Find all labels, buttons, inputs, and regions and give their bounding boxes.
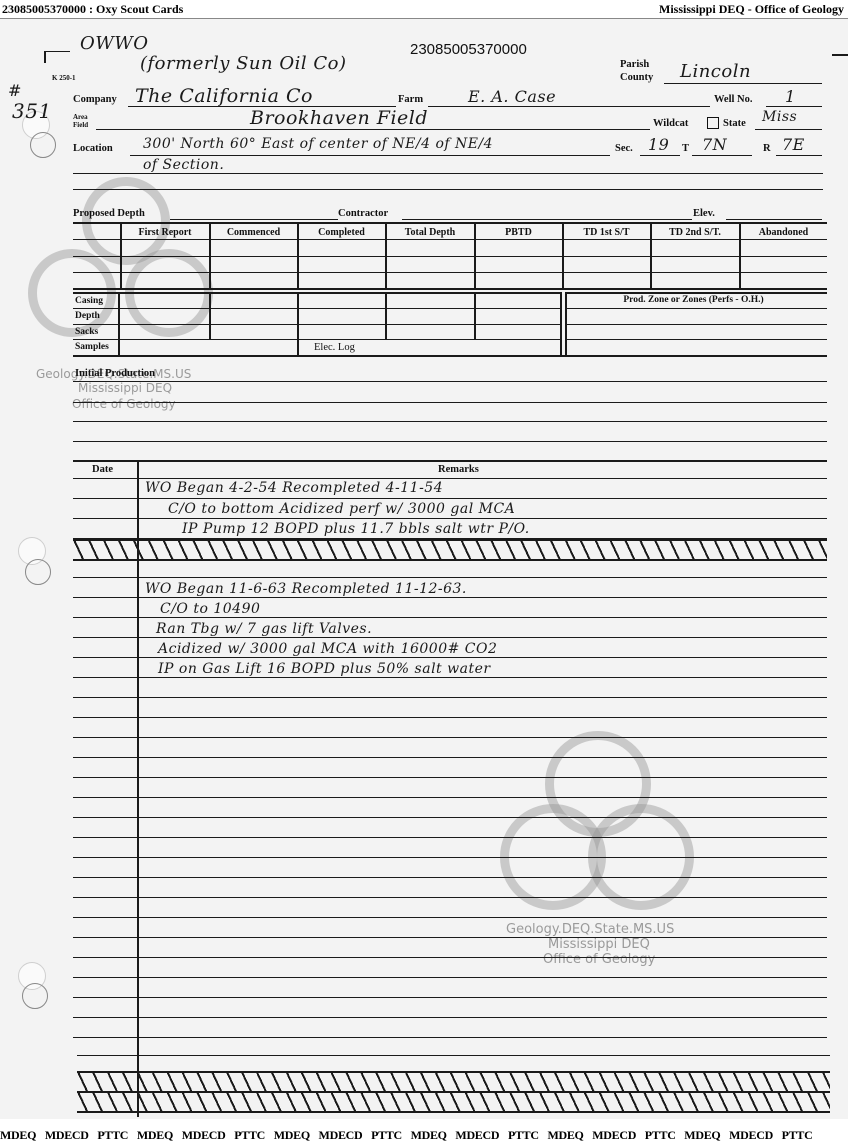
state-underline xyxy=(755,129,822,130)
col-pbtd: PBTD xyxy=(475,227,562,238)
hole-punch-ring xyxy=(22,983,48,1009)
hole-punch-ring xyxy=(30,132,56,158)
blank-rule xyxy=(73,189,823,190)
hatched-separator xyxy=(77,1071,830,1093)
annotation-owwo: OWWO xyxy=(80,33,149,54)
remark-1-line-3: IP Pump 12 BOPD plus 11.7 bbls salt wtr … xyxy=(182,521,530,537)
elev-label: Elev. xyxy=(693,208,715,219)
margin-hash: # xyxy=(8,81,22,100)
location-line2: of Section. xyxy=(143,157,224,173)
t-value: 7N xyxy=(702,135,727,154)
field-value: Brookhaven Field xyxy=(250,107,428,129)
record-title: 23085005370000 : Oxy Scout Cards xyxy=(2,0,183,18)
wildcat-checkbox xyxy=(707,117,719,129)
location-label: Location xyxy=(73,143,113,154)
form-code: K 250-1 xyxy=(52,75,76,82)
well-no-underline xyxy=(766,106,822,107)
r-underline xyxy=(776,155,822,156)
watermark-agency: Mississippi DEQ xyxy=(78,381,172,395)
location-line1: 300' North 60° East of center of NE/4 of… xyxy=(143,136,493,152)
farm-value: E. A. Case xyxy=(468,87,556,106)
row-samples: Samples xyxy=(75,342,109,352)
hole-punch-ring xyxy=(25,559,51,585)
state-value: Miss xyxy=(762,109,797,125)
contractor-underline xyxy=(402,219,692,220)
farm-underline xyxy=(428,106,710,107)
watermark-office: Office of Geology xyxy=(72,397,176,411)
elev-underline xyxy=(726,219,822,220)
county-label: County xyxy=(620,72,653,83)
proposed-depth-underline xyxy=(170,219,338,220)
location-line2-rule xyxy=(73,173,823,174)
hatched-separator xyxy=(73,539,827,561)
edge-mark xyxy=(832,54,848,56)
r-value: 7E xyxy=(782,135,805,154)
col-total-depth: Total Depth xyxy=(386,227,474,238)
hatched-separator xyxy=(77,1091,830,1113)
watermark-url-2: Geology.DEQ.State.MS.US xyxy=(506,922,674,937)
remarks-header: Remarks xyxy=(438,464,479,475)
col-first-report: First Report xyxy=(121,227,209,238)
r-label: R xyxy=(763,143,771,154)
document-id: 23085005370000 xyxy=(410,41,527,58)
remark-1-line-2: C/O to bottom Acidized perf w/ 3000 gal … xyxy=(168,501,515,517)
remarks-top-rule xyxy=(73,460,827,462)
remark-1-line-1: WO Began 4-2-54 Recompleted 4-11-54 xyxy=(145,480,443,496)
field-underline xyxy=(96,129,650,130)
watermark-agency-2: Mississippi DEQ xyxy=(548,937,650,952)
watermark-office-2: Office of Geology xyxy=(543,952,655,967)
wildcat-label: Wildcat xyxy=(653,118,688,129)
well-no-label: Well No. xyxy=(714,94,753,105)
viewer-header: 23085005370000 : Oxy Scout Cards Mississ… xyxy=(0,0,850,18)
sec-underline xyxy=(640,155,680,156)
company-label: Company xyxy=(73,94,117,105)
col-td-1st-st: TD 1st S/T xyxy=(563,227,650,238)
company-value: The California Co xyxy=(135,85,313,107)
remark-2-line-1: WO Began 11-6-63 Recompleted 11-12-63. xyxy=(145,581,467,597)
area-label: Area xyxy=(73,114,88,121)
agency-title: Mississippi DEQ - Office of Geology xyxy=(659,0,844,18)
parish-label: Parish xyxy=(620,59,649,70)
annotation-formerly: (formerly Sun Oil Co) xyxy=(140,53,346,74)
elec-log-label: Elec. Log xyxy=(314,342,355,353)
date-header: Date xyxy=(92,464,113,475)
row-sacks: Sacks xyxy=(75,327,98,337)
proposed-depth-label: Proposed Depth xyxy=(73,208,145,219)
col-commenced: Commenced xyxy=(210,227,297,238)
row-casing: Casing xyxy=(75,296,103,306)
row-depth: Depth xyxy=(75,311,100,321)
remark-2-line-4: Acidized w/ 3000 gal MCA with 16000# CO2 xyxy=(158,641,497,657)
col-td-2nd-st: TD 2nd S/T. xyxy=(651,227,739,238)
farm-label: Farm xyxy=(398,94,423,105)
contractor-label: Contractor xyxy=(338,208,388,219)
col-abandoned: Abandoned xyxy=(740,227,827,238)
location-underline xyxy=(130,155,610,156)
state-label: State xyxy=(723,118,746,129)
well-no-value: 1 xyxy=(785,87,796,106)
margin-number: 351 xyxy=(12,99,52,123)
sec-value: 19 xyxy=(648,135,669,154)
remark-2-line-5: IP on Gas Lift 16 BOPD plus 50% salt wat… xyxy=(158,661,491,677)
remark-2-line-2: C/O to 10490 xyxy=(160,601,260,617)
scout-card-image: Geology.DEQ.State.MS.US Mississippi DEQ … xyxy=(0,18,848,1119)
remark-2-line-3: Ran Tbg w/ 7 gas lift Valves. xyxy=(156,621,372,637)
field-label: Field xyxy=(73,122,88,129)
sec-label: Sec. xyxy=(615,143,633,154)
prod-zone-label: Prod. Zone or Zones (Perfs - O.H.) xyxy=(566,295,821,305)
footer-banner: MDEQ MDECD PTTC MDEQ MDECD PTTC MDEQ MDE… xyxy=(0,1128,850,1147)
initial-production-label: Initial Production xyxy=(75,368,155,379)
county-value: Lincoln xyxy=(680,61,751,82)
county-underline xyxy=(664,83,822,84)
t-underline xyxy=(692,155,752,156)
col-completed: Completed xyxy=(298,227,385,238)
corner-mark xyxy=(44,51,70,52)
corner-mark xyxy=(44,51,46,63)
t-label: T xyxy=(682,143,689,154)
